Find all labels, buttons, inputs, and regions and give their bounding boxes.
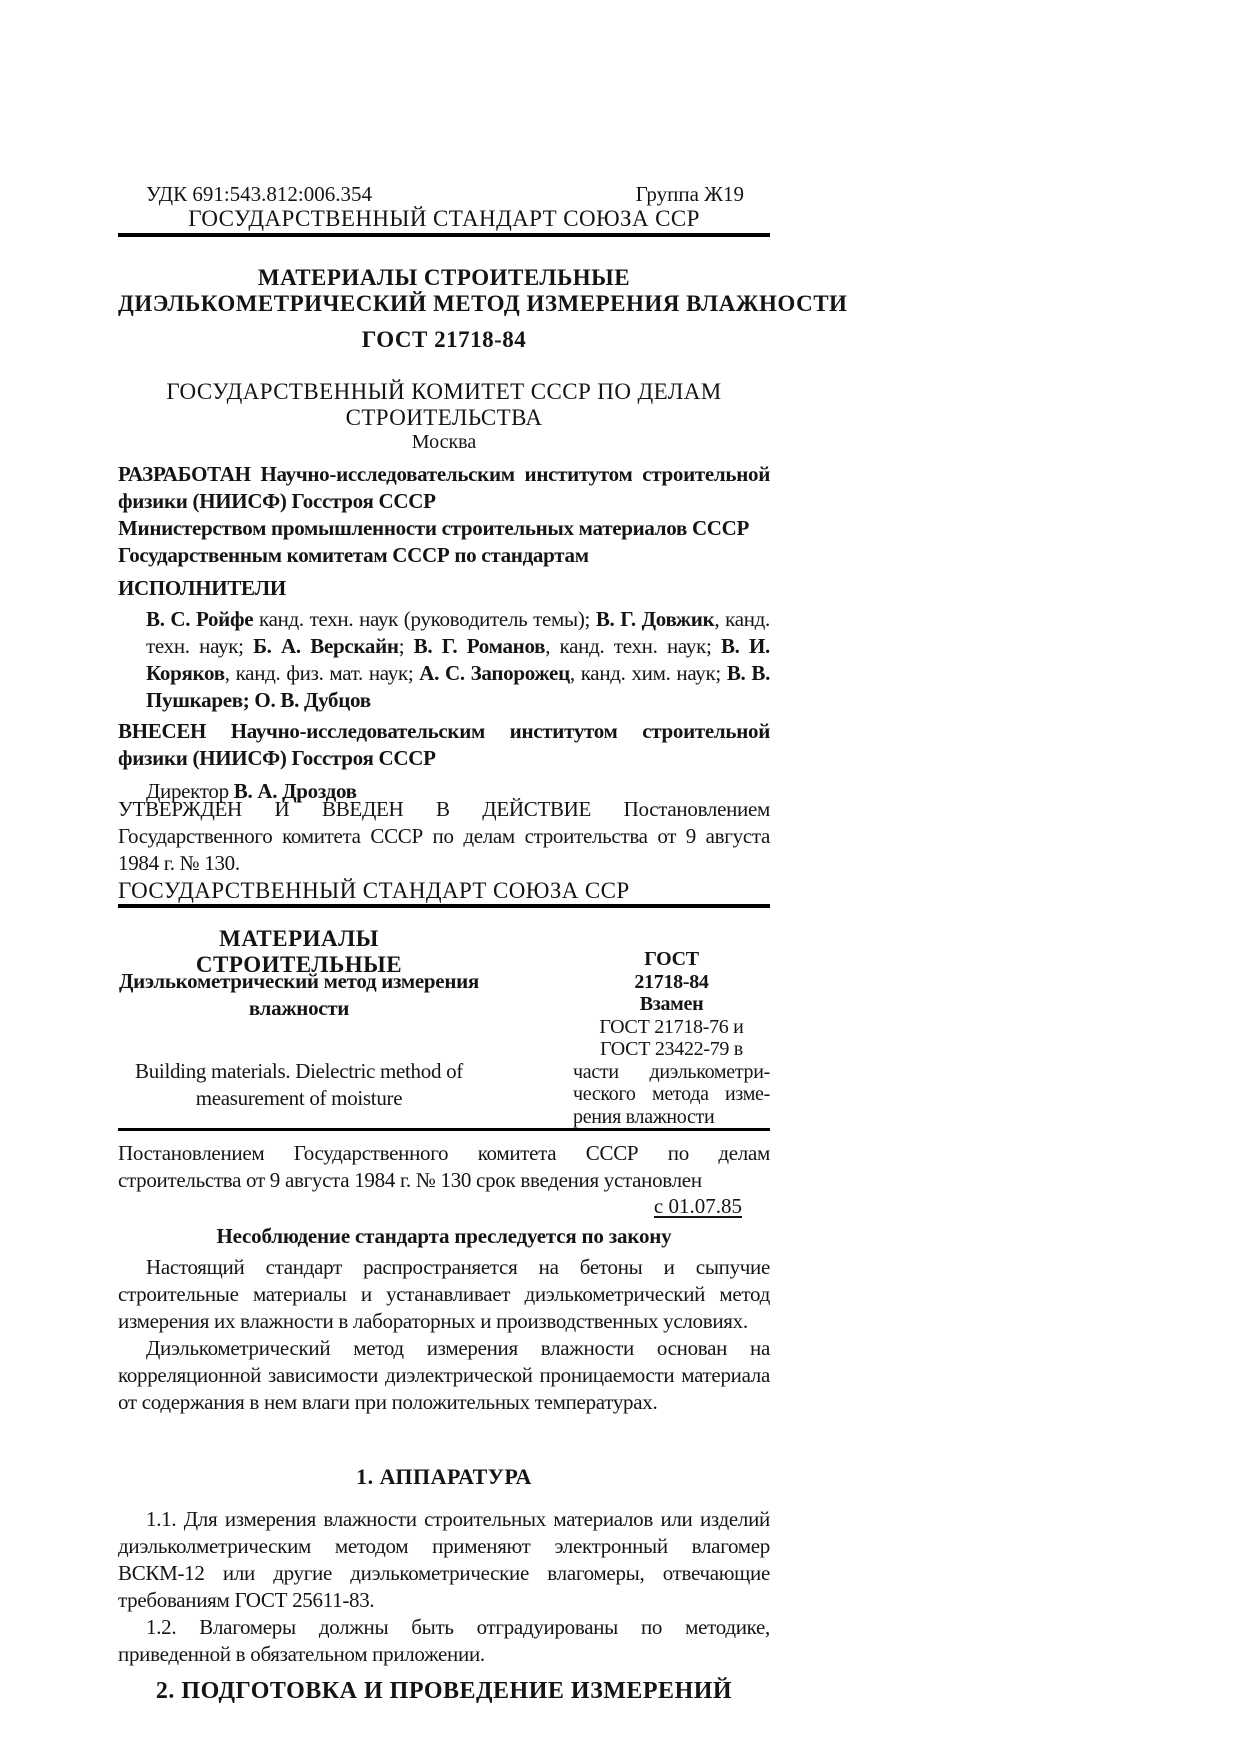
udk-code: УДК 691:543.812:006.354 [146, 182, 372, 207]
enactment-date: с 01.07.85 [118, 1194, 770, 1219]
section-2-heading: 2. ПОДГОТОВКА И ПРОВЕДЕНИЕ ИЗМЕРЕНИЙ [118, 1678, 770, 1705]
group-code: Группа Ж19 [636, 182, 744, 207]
gost-replacement-block: ГОСТ21718-84ВзаменГОСТ 21718-76 иГОСТ 23… [573, 948, 770, 1128]
document-content: УДК 691:543.812:006.354 Группа Ж19 ГОСУД… [118, 0, 770, 1755]
divider-rule-2 [118, 904, 770, 908]
subject-title-ru: Диэлькометрический метод измерениявлажно… [118, 968, 480, 1022]
law-notice: Несоблюдение стандарта преследуется по з… [118, 1224, 770, 1249]
gost-number-heading: ГОСТ 21718-84 [118, 327, 770, 353]
enactment-paragraph: Постановлением Государственного комитета… [118, 1140, 770, 1194]
document-page: УДК 691:543.812:006.354 Группа Ж19 ГОСУД… [0, 0, 1240, 1755]
developed-block: РАЗРАБОТАН Научно-исследовательским инст… [118, 461, 770, 569]
intro-paragraph-2: Диэлькометрический метод измерения влажн… [118, 1335, 770, 1416]
executors-heading: ИСПОЛНИТЕЛИ [118, 575, 770, 602]
developed-paragraph-2: Министерством промышленности строительны… [118, 515, 770, 542]
section-1-paragraph-1: 1.1. Для измерения влажности строительны… [118, 1506, 770, 1614]
state-standard-line-1: ГОСУДАРСТВЕННЫЙ СТАНДАРТ СОЮЗА ССР [118, 206, 770, 232]
committee-line-2: СТРОИТЕЛЬСТВА [118, 405, 770, 431]
intro-block: Настоящий стандарт распространяется на б… [118, 1254, 770, 1416]
udk-group-row: УДК 691:543.812:006.354 Группа Ж19 [118, 182, 770, 207]
divider-rule-1 [118, 233, 770, 237]
enactment-date-value: с 01.07.85 [654, 1194, 742, 1218]
submitted-paragraph: ВНЕСЕН Научно-исследовательским институт… [118, 718, 770, 772]
doc-title-line-2: ДИЭЛЬКОМЕТРИЧЕСКИЙ МЕТОД ИЗМЕРЕНИЯ ВЛАЖН… [118, 291, 770, 317]
city-line: Москва [118, 431, 770, 454]
executors-paragraph: В. С. Ройфе канд. техн. наук (руководите… [146, 606, 770, 714]
subject-title-en: Building materials. Dielectric method of… [118, 1058, 480, 1112]
divider-rule-3 [118, 1128, 770, 1131]
state-standard-line-2: ГОСУДАРСТВЕННЫЙ СТАНДАРТ СОЮЗА ССР [118, 878, 770, 904]
intro-paragraph-1: Настоящий стандарт распространяется на б… [118, 1254, 770, 1335]
developed-paragraph-1: РАЗРАБОТАН Научно-исследовательским инст… [118, 461, 770, 515]
committee-line-1: ГОСУДАРСТВЕННЫЙ КОМИТЕТ СССР ПО ДЕЛАМ [118, 379, 770, 405]
developed-paragraph-3: Государственным комитетам СССР по станда… [118, 542, 770, 569]
section-1-body: 1.1. Для измерения влажности строительны… [118, 1506, 770, 1668]
committee-block: ГОСУДАРСТВЕННЫЙ КОМИТЕТ СССР ПО ДЕЛАМ СТ… [118, 379, 770, 431]
section-1-paragraph-2: 1.2. Влагомеры должны быть отградуирован… [118, 1614, 770, 1668]
doc-title-line-1: МАТЕРИАЛЫ СТРОИТЕЛЬНЫЕ [118, 265, 770, 291]
section-1-heading: 1. АППАРАТУРА [118, 1464, 770, 1490]
approved-paragraph: УТВЕРЖДЕН И ВВЕДЕН В ДЕЙСТВИЕ Постановле… [118, 796, 770, 877]
